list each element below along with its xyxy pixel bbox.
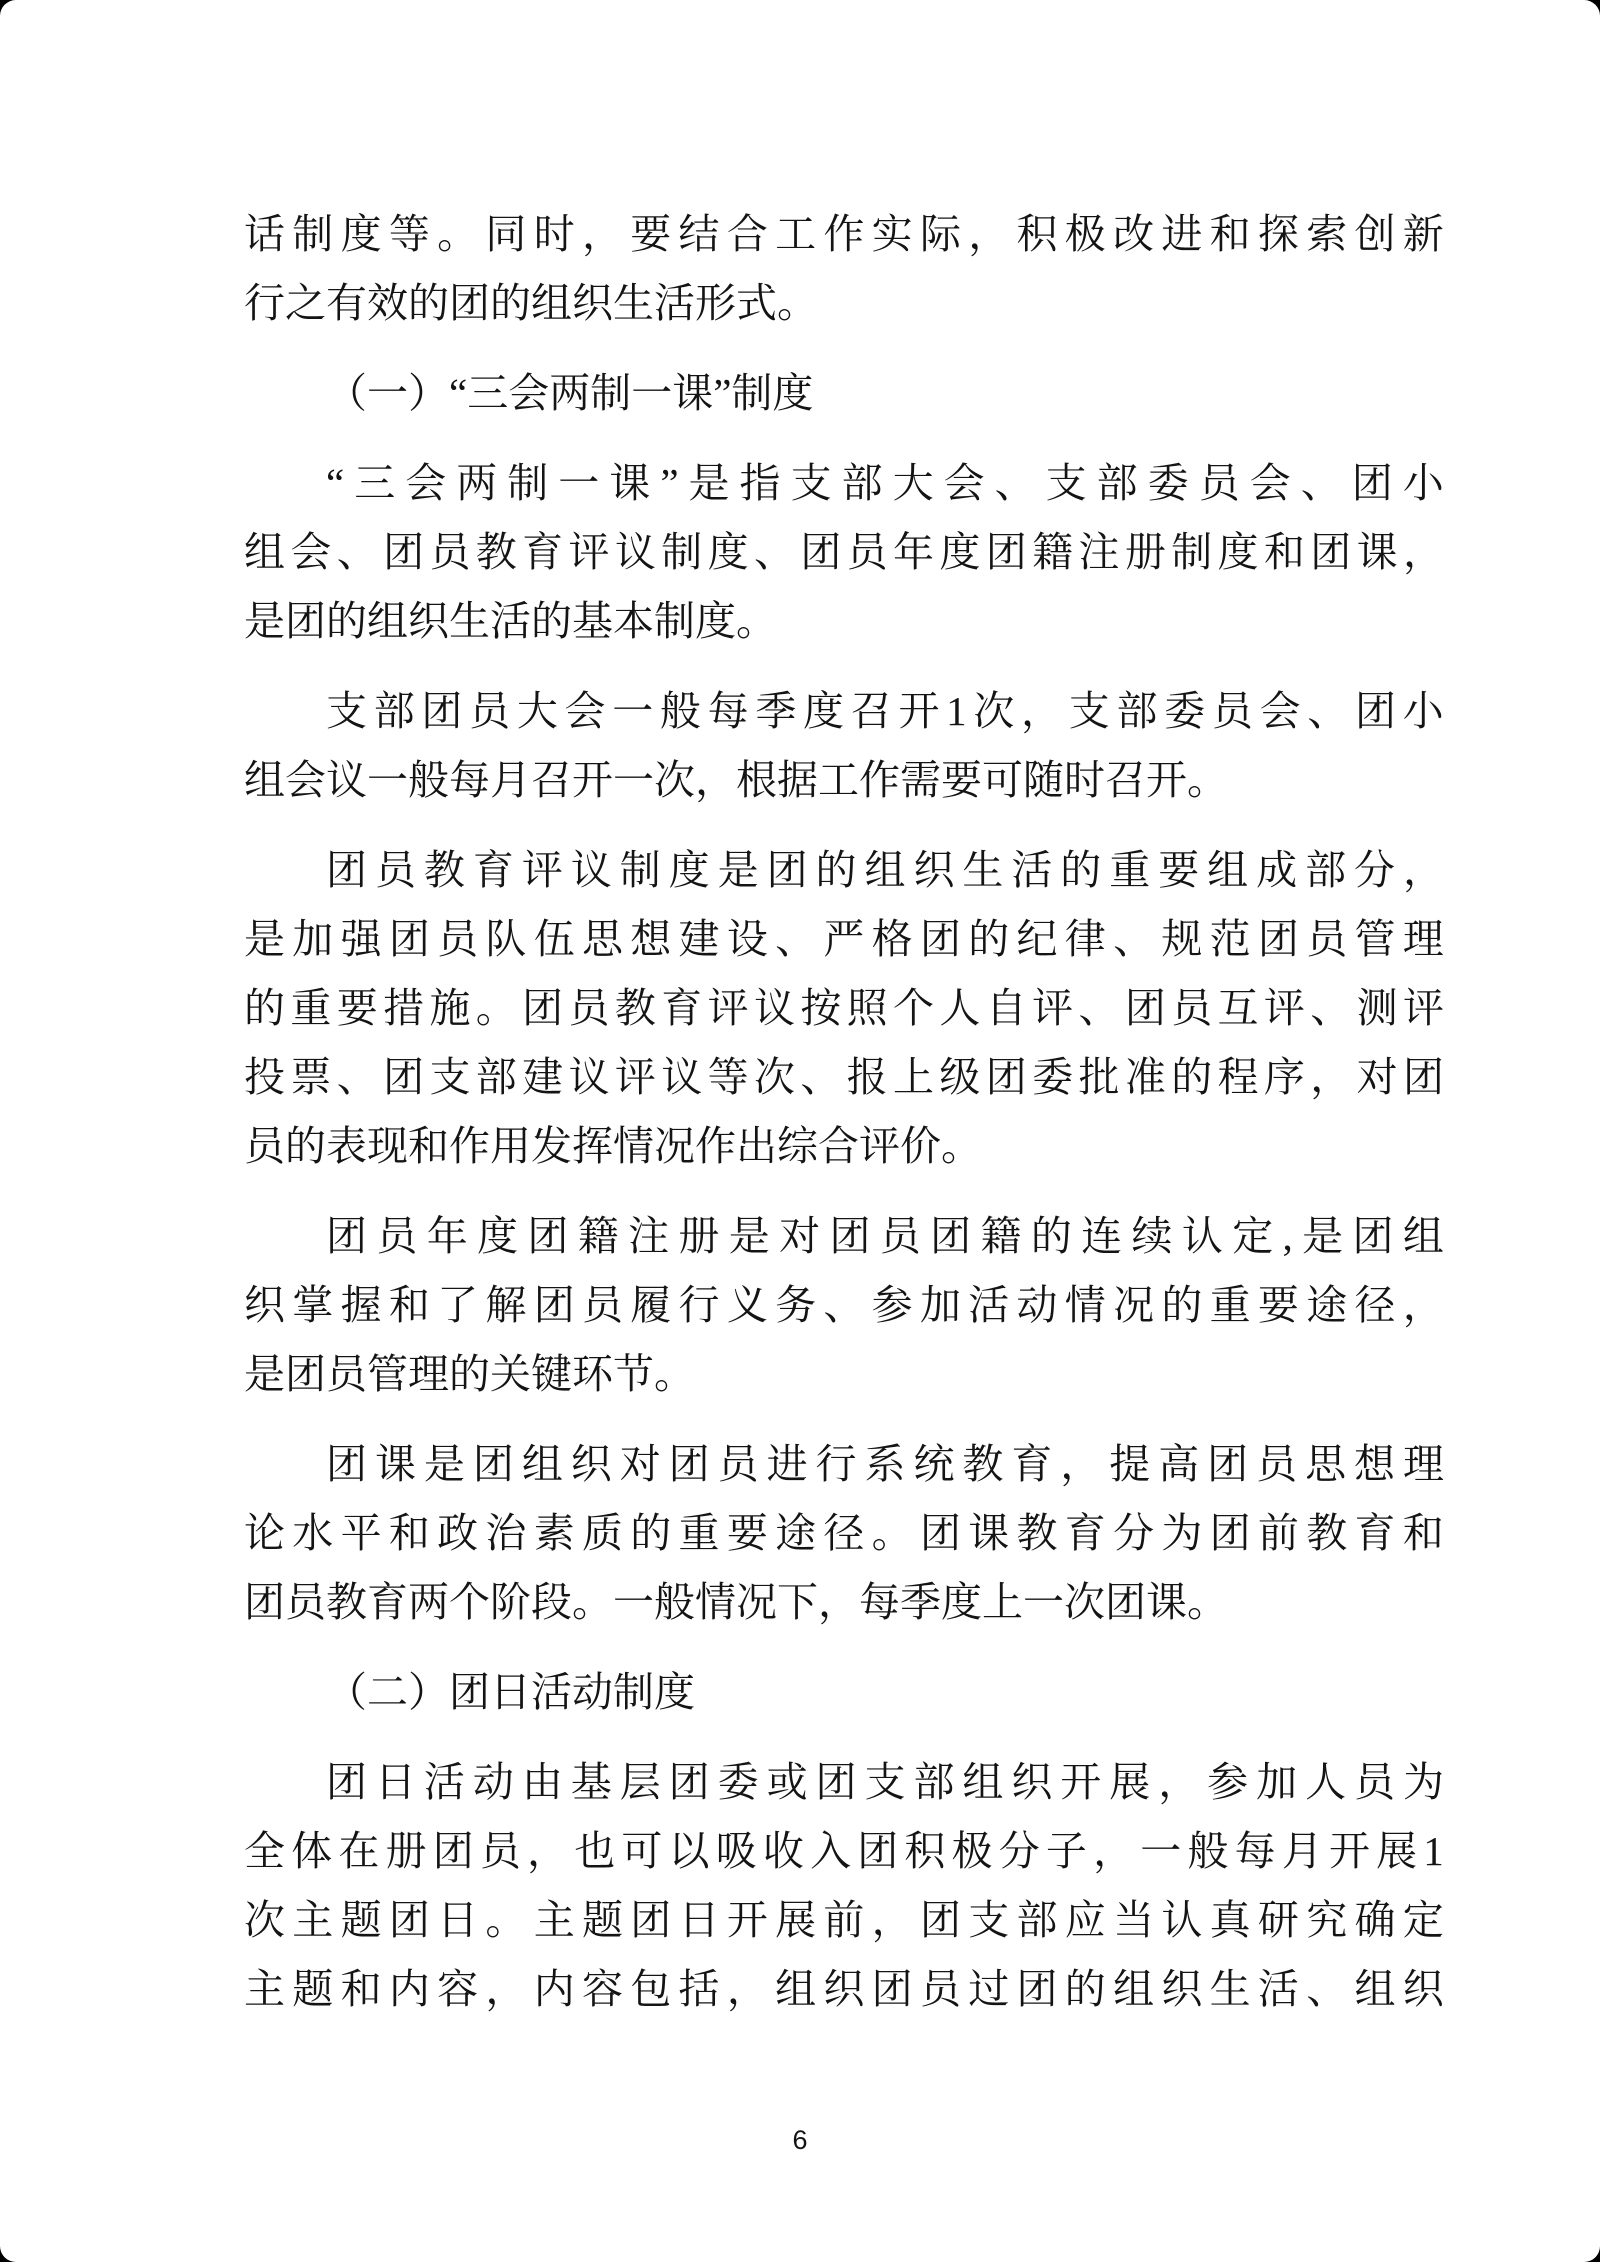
section-heading: （二）团日活动制度 — [244, 1658, 1444, 1727]
text-line: 团员教育两个阶段。一般情况下，每季度上一次团课。 — [244, 1568, 1444, 1637]
text-line: 组会、团员教育评议制度、团员年度团籍注册制度和团课， — [244, 518, 1444, 587]
text-line: 是加强团员队伍思想建设、严格团的纪律、规范团员管理 — [244, 905, 1444, 974]
text-line: 团员年度团籍注册是对团员团籍的连续认定,是团组 — [244, 1202, 1444, 1271]
paragraph: “三会两制一课”是指支部大会、支部委员会、团小组会、团员教育评议制度、团员年度团… — [244, 449, 1444, 656]
text-line: “三会两制一课”是指支部大会、支部委员会、团小 — [244, 449, 1444, 518]
text-line: 团课是团组织对团员进行系统教育，提高团员思想理 — [244, 1430, 1444, 1499]
text-line: 次主题团日。主题团日开展前，团支部应当认真研究确定 — [244, 1886, 1444, 1955]
text-line: 论水平和政治素质的重要途径。团课教育分为团前教育和 — [244, 1499, 1444, 1568]
text-line: 全体在册团员，也可以吸收入团积极分子，一般每月开展1 — [244, 1817, 1444, 1886]
text-line: 是团员管理的关键环节。 — [244, 1340, 1444, 1409]
text-line: 组会议一般每月召开一次，根据工作需要可随时召开。 — [244, 746, 1444, 815]
text-line: 织掌握和了解团员履行义务、参加活动情况的重要途径， — [244, 1271, 1444, 1340]
text-line: 员的表现和作用发挥情况作出综合评价。 — [244, 1112, 1444, 1181]
document-page: 话制度等。同时，要结合工作实际，积极改进和探索创新行之有效的团的组织生活形式。（… — [0, 0, 1600, 2262]
page-number: 6 — [0, 2124, 1600, 2156]
text-line: （二）团日活动制度 — [244, 1658, 1444, 1727]
text-line: 团日活动由基层团委或团支部组织开展，参加人员为 — [244, 1748, 1444, 1817]
paragraph: 话制度等。同时，要结合工作实际，积极改进和探索创新行之有效的团的组织生活形式。 — [244, 200, 1444, 338]
text-line: 的重要措施。团员教育评议按照个人自评、团员互评、测评 — [244, 974, 1444, 1043]
text-line: 投票、团支部建议评议等次、报上级团委批准的程序，对团 — [244, 1043, 1444, 1112]
paragraph: 团员年度团籍注册是对团员团籍的连续认定,是团组织掌握和了解团员履行义务、参加活动… — [244, 1202, 1444, 1409]
text-line: （一）“三会两制一课”制度 — [244, 359, 1444, 428]
paragraph: 团日活动由基层团委或团支部组织开展，参加人员为全体在册团员，也可以吸收入团积极分… — [244, 1748, 1444, 2024]
text-line: 行之有效的团的组织生活形式。 — [244, 269, 1444, 338]
text-line: 支部团员大会一般每季度召开1次，支部委员会、团小 — [244, 677, 1444, 746]
text-line: 团员教育评议制度是团的组织生活的重要组成部分， — [244, 836, 1444, 905]
text-line: 话制度等。同时，要结合工作实际，积极改进和探索创新 — [244, 200, 1444, 269]
text-line: 是团的组织生活的基本制度。 — [244, 587, 1444, 656]
document-body: 话制度等。同时，要结合工作实际，积极改进和探索创新行之有效的团的组织生活形式。（… — [244, 200, 1444, 2024]
paragraph: 团员教育评议制度是团的组织生活的重要组成部分，是加强团员队伍思想建设、严格团的纪… — [244, 836, 1444, 1181]
paragraph: 支部团员大会一般每季度召开1次，支部委员会、团小组会议一般每月召开一次，根据工作… — [244, 677, 1444, 815]
paragraph: 团课是团组织对团员进行系统教育，提高团员思想理论水平和政治素质的重要途径。团课教… — [244, 1430, 1444, 1637]
section-heading: （一）“三会两制一课”制度 — [244, 359, 1444, 428]
text-line: 主题和内容，内容包括，组织团员过团的组织生活、组织 — [244, 1955, 1444, 2024]
